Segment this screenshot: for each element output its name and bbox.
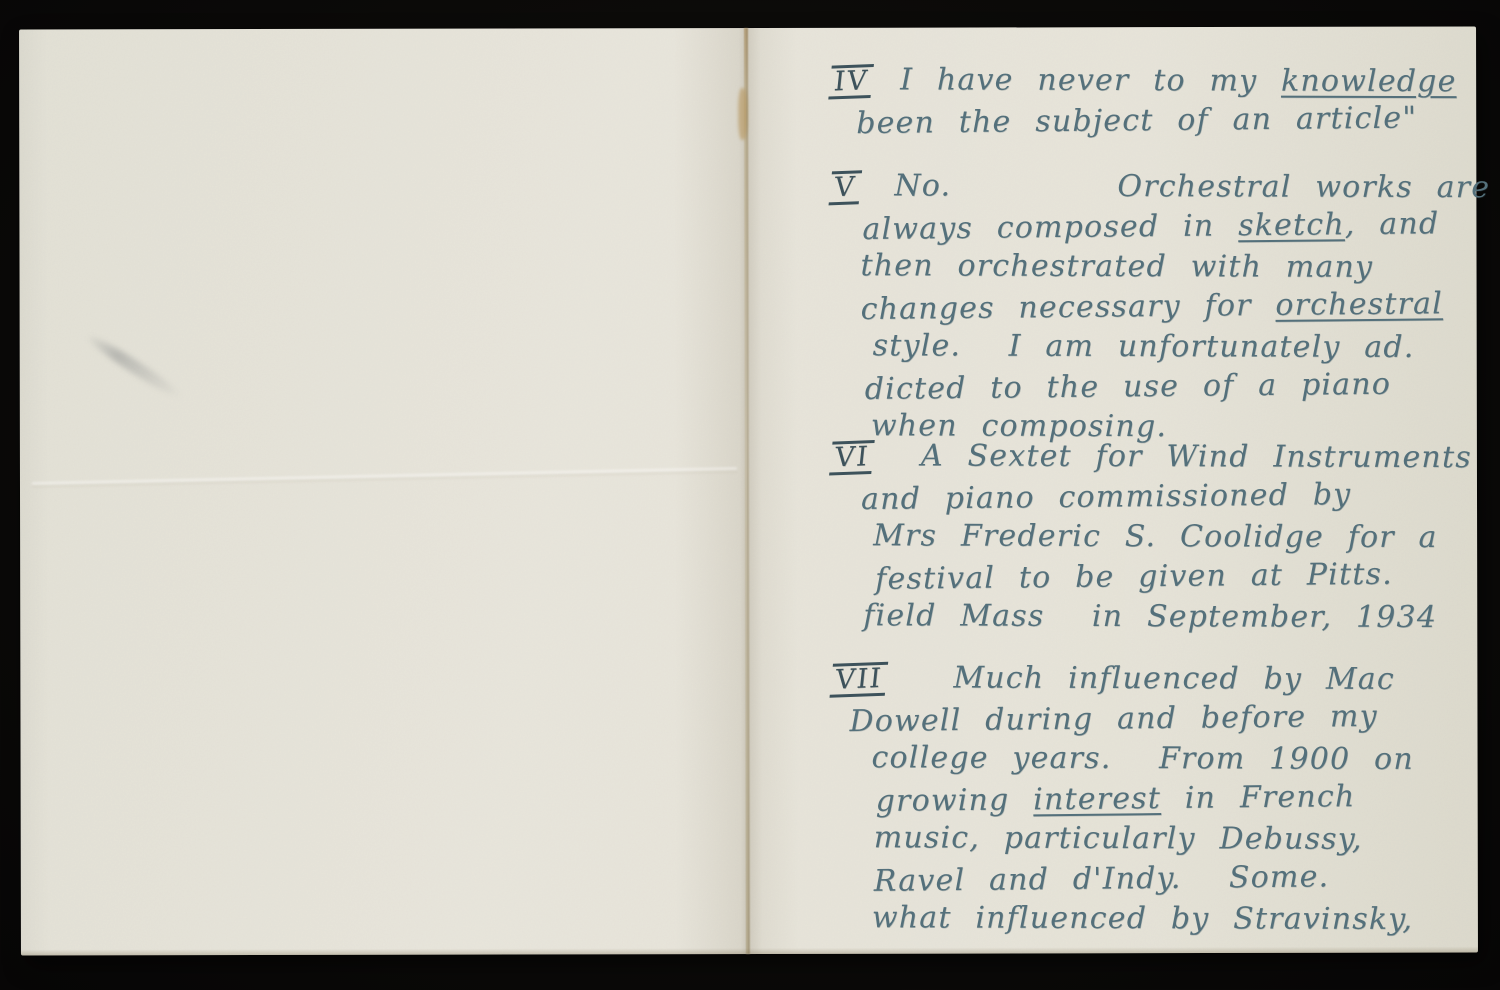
handwritten-line: always composed in sketch, and [832,204,1466,250]
handwritten-line: Dowell during and before my [833,696,1467,742]
left-page-blank [19,28,748,956]
handwritten-line: then orchestrated with many [832,246,1466,288]
handwritten-line: field Mass in September, 1934 [833,596,1467,638]
handwritten-line: festival to be given at Pitts. [833,554,1467,600]
handwritten-line: college years. From 1900 on [834,738,1468,780]
handwritten-line: Much influenced by Mac [833,658,1467,700]
handwritten-line: been the subject of an article" [832,98,1466,144]
handwritten-line: dicted to the use of a piano [833,364,1467,410]
handwritten-line: and piano commissioned by [833,474,1467,520]
ink-smudge [85,331,186,403]
handwritten-line: what influenced by Stravinsky, [834,898,1468,940]
letter-spread: IV I have never to my knowledge been the… [19,26,1478,955]
handwritten-line: A Sextet for Wind Instruments [833,436,1467,478]
handwritten-line: No. Orchestral works are [832,166,1466,208]
handwritten-line: Mrs Frederic S. Coolidge for a [833,516,1467,558]
section-vi: VI A Sextet for Wind Instruments and pia… [833,436,1467,637]
section-iv: IV I have never to my knowledge been the… [832,60,1466,141]
right-page-handwriting: IV I have never to my knowledge been the… [746,26,1478,954]
handwritten-line: music, particularly Debussy, [834,818,1468,860]
handwritten-line: growing interest in French [833,776,1467,822]
handwritten-line: Ravel and d'Indy. Some. [834,856,1468,902]
handwritten-line: I have never to my knowledge [832,60,1466,102]
horizontal-fold-crease [32,467,737,487]
section-vii: VII Much influenced by Mac Dowell during… [833,658,1468,939]
handwritten-line: style. I am unfortunately ad. [833,326,1467,368]
section-v: V No. Orchestral works are always compos… [832,166,1467,447]
handwritten-line: changes necessary for orchestral [832,284,1466,330]
